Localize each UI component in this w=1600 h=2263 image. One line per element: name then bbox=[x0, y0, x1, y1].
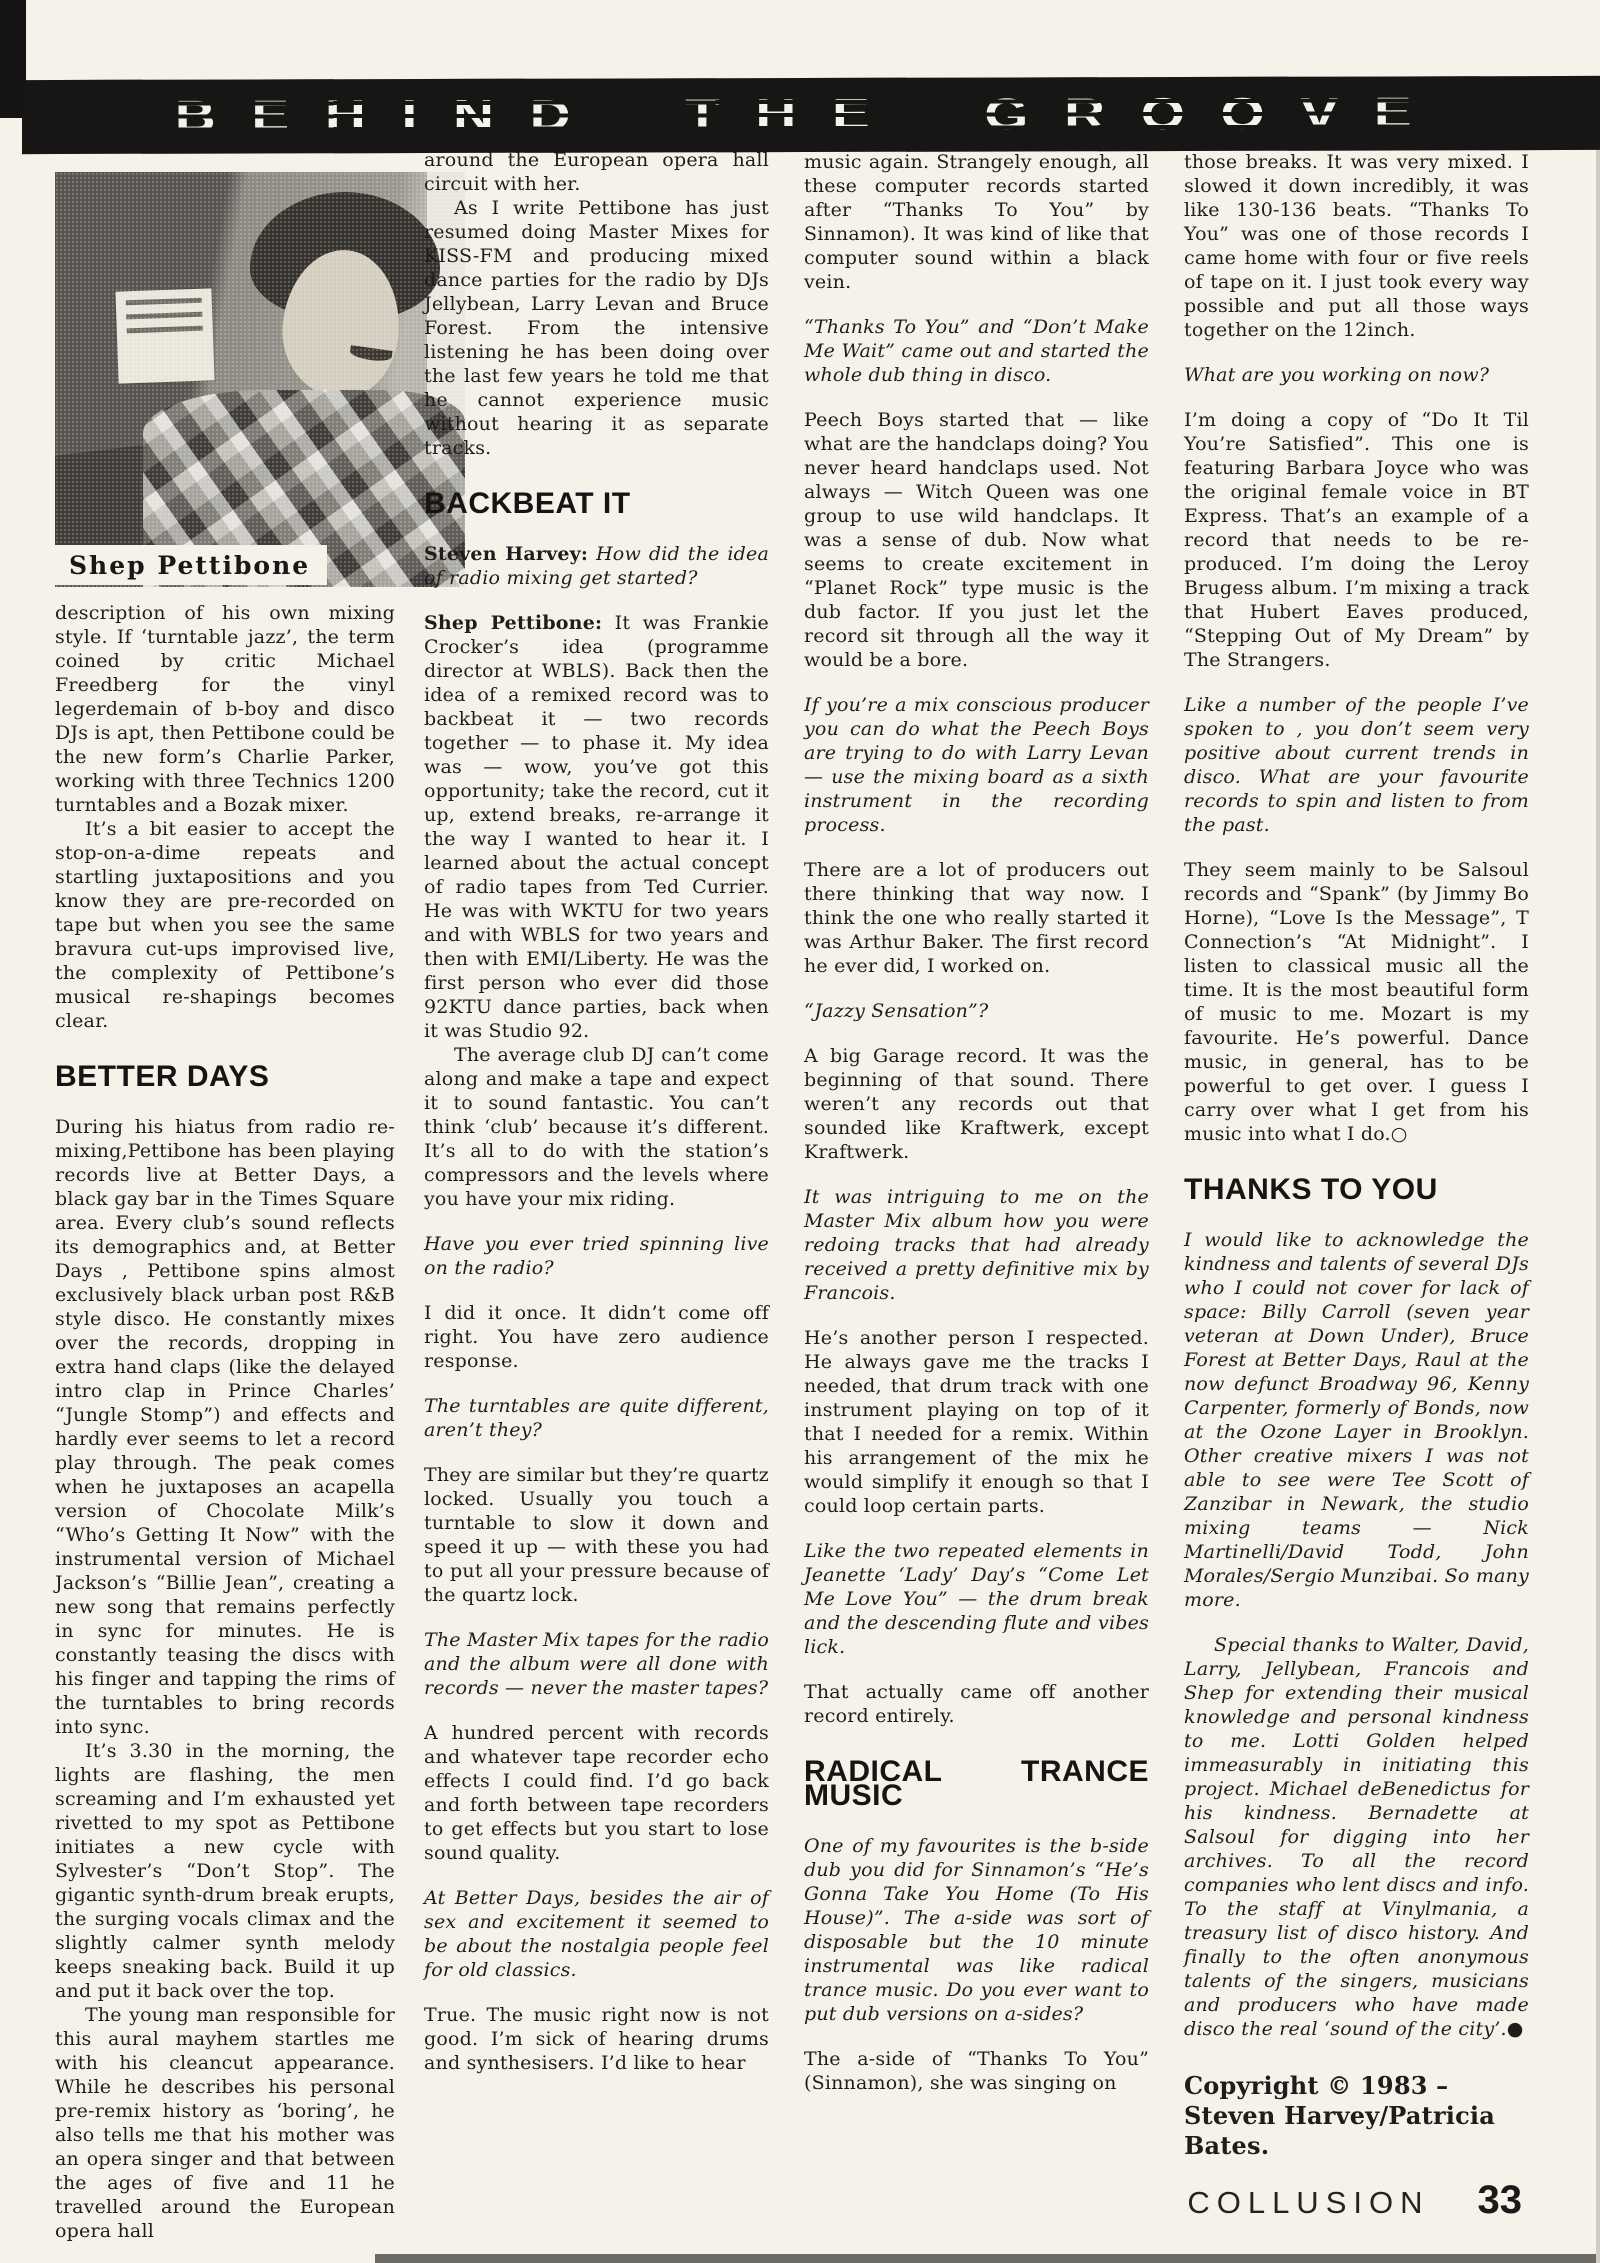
banner-stripes-decoration bbox=[22, 76, 1600, 154]
col3-paragraph-5: He’s another person I respected. He alwa… bbox=[804, 1326, 1149, 1518]
photo-halftone-texture bbox=[55, 172, 465, 587]
col3-paragraph-6: That actually came off another record en… bbox=[804, 1680, 1149, 1728]
col2-answer-intro: Shep Pettibone: It was Frankie Crocker’s… bbox=[424, 611, 769, 1043]
col1-paragraph-5: The young man responsible for this aural… bbox=[55, 2003, 395, 2243]
col4-paragraph-2: I’m doing a copy of “Do It Til You’re Sa… bbox=[1184, 408, 1529, 672]
section-heading-radical-trance-music: RADICAL TRANCE MUSIC bbox=[804, 1760, 1149, 1808]
col3-paragraph-1: music again. Strangely enough, all these… bbox=[804, 150, 1149, 294]
col3-paragraph-2: Peech Boys started that — like what are … bbox=[804, 408, 1149, 672]
col3-question-5: Like the two repeated elements in Jeanet… bbox=[804, 1539, 1149, 1659]
col1-paragraph-1: description of his own mixing style. If … bbox=[55, 601, 395, 817]
scan-bottom-edge bbox=[375, 2254, 1600, 2263]
col2-paragraph-6: I did it once. It didn’t come off right.… bbox=[424, 1301, 769, 1373]
page-number: 33 bbox=[1478, 2178, 1523, 2223]
section-heading-better-days: BETTER DAYS bbox=[55, 1065, 395, 1089]
col2-paragraph-2: As I write Pettibone has just resumed do… bbox=[424, 196, 769, 460]
col3-paragraph-3: There are a lot of producers out there t… bbox=[804, 858, 1149, 978]
col4-paragraph-3: They seem mainly to be Salsoul records a… bbox=[1184, 858, 1529, 1146]
column-2: around the European opera hall circuit w… bbox=[424, 148, 769, 2075]
article-banner: BEHIND THE GROOVE bbox=[22, 76, 1600, 154]
col1-paragraph-2: It’s a bit easier to accept the stop-on-… bbox=[55, 817, 395, 1033]
interviewee-answer: It was Frankie Crocker’s idea (programme… bbox=[424, 612, 769, 1042]
col4-acknowledgements-1: I would like to acknowledge the kindness… bbox=[1184, 1228, 1529, 1612]
col2-question-2: The turntables are quite different, aren… bbox=[424, 1394, 769, 1442]
col2-question-intro: Steven Harvey: How did the idea of radio… bbox=[424, 542, 769, 590]
copyright-notice: Copyright © 1983 – Steven Harvey/Patrici… bbox=[1184, 2071, 1529, 2161]
col1-paragraph-3: During his hiatus from radio re-mixing,P… bbox=[55, 1115, 395, 1739]
interviewer-name: Steven Harvey: bbox=[424, 543, 588, 565]
scan-right-edge bbox=[1596, 150, 1600, 2263]
magazine-name: COLLUSION bbox=[1187, 2185, 1429, 2221]
col4-question-1: What are you working on now? bbox=[1184, 363, 1529, 387]
col2-question-3: The Master Mix tapes for the radio and t… bbox=[424, 1628, 769, 1700]
col2-question-4: At Better Days, besides the air of sex a… bbox=[424, 1886, 769, 1982]
col3-question-3: “Jazzy Sensation”? bbox=[804, 999, 1149, 1023]
section-heading-backbeat-it: BACKBEAT IT bbox=[424, 492, 769, 516]
col3-paragraph-4: A big Garage record. It was the beginnin… bbox=[804, 1044, 1149, 1164]
col3-question-6: One of my favourites is the b-side dub y… bbox=[804, 1834, 1149, 2026]
column-1: description of his own mixing style. If … bbox=[55, 601, 395, 2243]
column-4: those breaks. It was very mixed. I slowe… bbox=[1184, 150, 1529, 2161]
col1-paragraph-4: It’s 3.30 in the morning, the lights are… bbox=[55, 1739, 395, 2003]
col2-paragraph-8: A hundred percent with records and whate… bbox=[424, 1721, 769, 1865]
photo-shep-pettibone: Shep Pettibone bbox=[55, 172, 465, 587]
page-footer: COLLUSION 33 bbox=[1187, 2178, 1522, 2223]
col4-paragraph-1: those breaks. It was very mixed. I slowe… bbox=[1184, 150, 1529, 342]
col2-question-1: Have you ever tried spinning live on the… bbox=[424, 1232, 769, 1280]
column-3: music again. Strangely enough, all these… bbox=[804, 150, 1149, 2095]
photo-caption: Shep Pettibone bbox=[55, 545, 327, 585]
magazine-page: BEHIND THE GROOVE Shep Pettibone descrip… bbox=[0, 0, 1600, 2263]
col3-question-2: If you’re a mix conscious producer you c… bbox=[804, 693, 1149, 837]
col3-question-4: It was intriguing to me on the Master Mi… bbox=[804, 1185, 1149, 1305]
col4-question-2: Like a number of the people I’ve spoken … bbox=[1184, 693, 1529, 837]
section-heading-thanks-to-you: THANKS TO YOU bbox=[1184, 1178, 1529, 1202]
col2-paragraph-9: True. The music right now is not good. I… bbox=[424, 2003, 769, 2075]
col2-paragraph-5: The average club DJ can’t come along and… bbox=[424, 1043, 769, 1211]
col4-acknowledgements-2: Special thanks to Walter, David, Larry, … bbox=[1184, 1633, 1529, 2041]
col3-paragraph-7: The a-side of “Thanks To You” (Sinnamon)… bbox=[804, 2047, 1149, 2095]
interviewee-name: Shep Pettibone: bbox=[424, 612, 602, 634]
col3-question-1: “Thanks To You” and “Don’t Make Me Wait”… bbox=[804, 315, 1149, 387]
col2-paragraph-7: They are similar but they’re quartz lock… bbox=[424, 1463, 769, 1607]
col2-paragraph-1: around the European opera hall circuit w… bbox=[424, 148, 769, 196]
